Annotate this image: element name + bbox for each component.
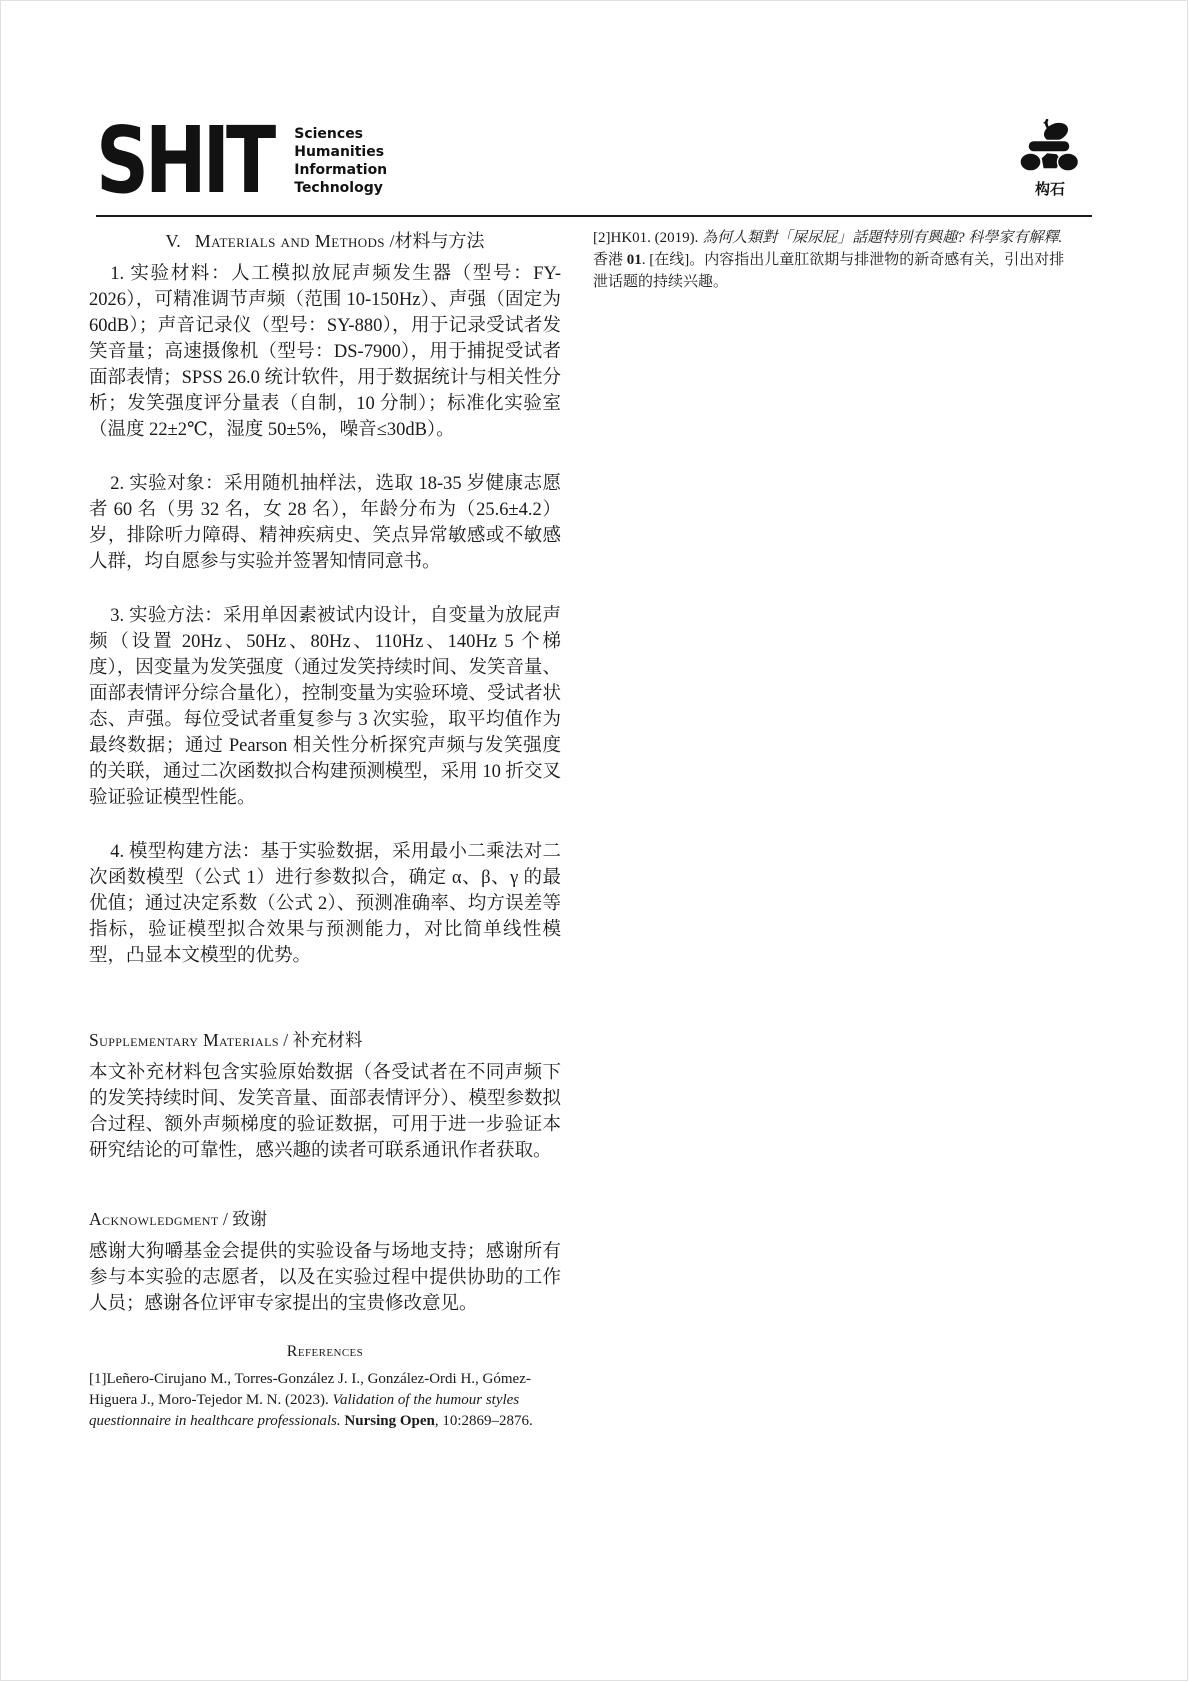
section-title-cjk: /材料与方法 bbox=[385, 231, 485, 251]
logo-subtitle-line: Humanities bbox=[294, 143, 387, 161]
reference-source: 香港 bbox=[593, 252, 627, 268]
logo-subtitle-line: Technology bbox=[294, 179, 387, 197]
section-title-en: Materials and Methods bbox=[195, 231, 385, 251]
section-heading-materials-methods: V.Materials and Methods /材料与方法 bbox=[89, 227, 561, 253]
supplementary-heading: Supplementary Materials / 补充材料 bbox=[89, 1027, 561, 1052]
publisher-name: 构石 bbox=[1008, 178, 1092, 199]
reference-source-number: 01 bbox=[627, 252, 642, 268]
reference-entry-2: [2]HK01. (2019). 為何人類對「屎尿屁」話題特別有興趣? 科學家有… bbox=[593, 227, 1071, 293]
reference-authors: [2]HK01. (2019). bbox=[593, 230, 702, 246]
references-heading: References bbox=[89, 1343, 561, 1361]
methods-paragraph-procedure: 3. 实验方法：采用单因素被试内设计，自变量为放屁声频（设置 20Hz、50Hz… bbox=[89, 603, 561, 811]
paper-page: SHIT Sciences Humanities Information Tec… bbox=[0, 0, 1188, 1681]
left-column: V.Materials and Methods /材料与方法 1. 实验材料：人… bbox=[89, 227, 561, 1432]
reference-journal: Nursing Open bbox=[341, 1413, 435, 1429]
logo-subtitle-line: Information bbox=[294, 161, 387, 179]
journal-logo: SHIT Sciences Humanities Information Tec… bbox=[96, 117, 387, 199]
methods-paragraph-modeling: 4. 模型构建方法：基于实验数据，采用最小二乘法对二次函数模型（公式 1）进行参… bbox=[89, 839, 561, 969]
supplementary-heading-en: Supplementary Materials bbox=[89, 1030, 279, 1050]
reference-note: . [在线]。内容指出儿童肛欲期与排泄物的新奇感有关，引出对排泄话题的持续兴趣。 bbox=[593, 252, 1064, 290]
heading-separator: / bbox=[279, 1030, 293, 1050]
heading-separator: / bbox=[219, 1209, 233, 1229]
publisher-mark: 构石 bbox=[1008, 119, 1092, 199]
journal-logo-text: SHIT bbox=[96, 123, 272, 199]
acknowledgment-heading-en: Acknowledgment bbox=[89, 1209, 219, 1229]
acknowledgment-text: 感谢大狗嚼基金会提供的实验设备与场地支持；感谢所有参与本实验的志愿者，以及在实验… bbox=[89, 1239, 561, 1317]
right-column: [2]HK01. (2019). 為何人類對「屎尿屁」話題特別有興趣? 科學家有… bbox=[593, 227, 1071, 1432]
article-body: V.Materials and Methods /材料与方法 1. 实验材料：人… bbox=[1, 217, 1187, 1432]
methods-paragraph-subjects: 2. 实验对象：采用随机抽样法，选取 18-35 岁健康志愿者 60 名（男 3… bbox=[89, 471, 561, 575]
acknowledgment-heading-cjk: 致谢 bbox=[232, 1209, 267, 1229]
reference-pages: , 10:2869–2876. bbox=[435, 1413, 533, 1429]
acknowledgment-heading: Acknowledgment / 致谢 bbox=[89, 1206, 561, 1231]
methods-paragraph-materials: 1. 实验材料：人工模拟放屁声频发生器（型号：FY-2026），可精准调节声频（… bbox=[89, 261, 561, 443]
reference-entry-1: [1]Leñero-Cirujano M., Torres-González J… bbox=[89, 1369, 561, 1432]
logo-subtitle-line: Sciences bbox=[294, 125, 387, 143]
reference-title: 為何人類對「屎尿屁」話題特別有興趣? 科學家有解釋. bbox=[702, 230, 1062, 246]
rock-pile-icon bbox=[1018, 119, 1082, 177]
journal-masthead: SHIT Sciences Humanities Information Tec… bbox=[1, 1, 1187, 199]
supplementary-heading-cjk: 补充材料 bbox=[293, 1030, 363, 1050]
section-numeral: V. bbox=[166, 231, 181, 251]
supplementary-text: 本文补充材料包含实验原始数据（各受试者在不同声频下的发笑持续时间、发笑音量、面部… bbox=[89, 1060, 561, 1164]
journal-logo-subtitle: Sciences Humanities Information Technolo… bbox=[280, 125, 387, 197]
